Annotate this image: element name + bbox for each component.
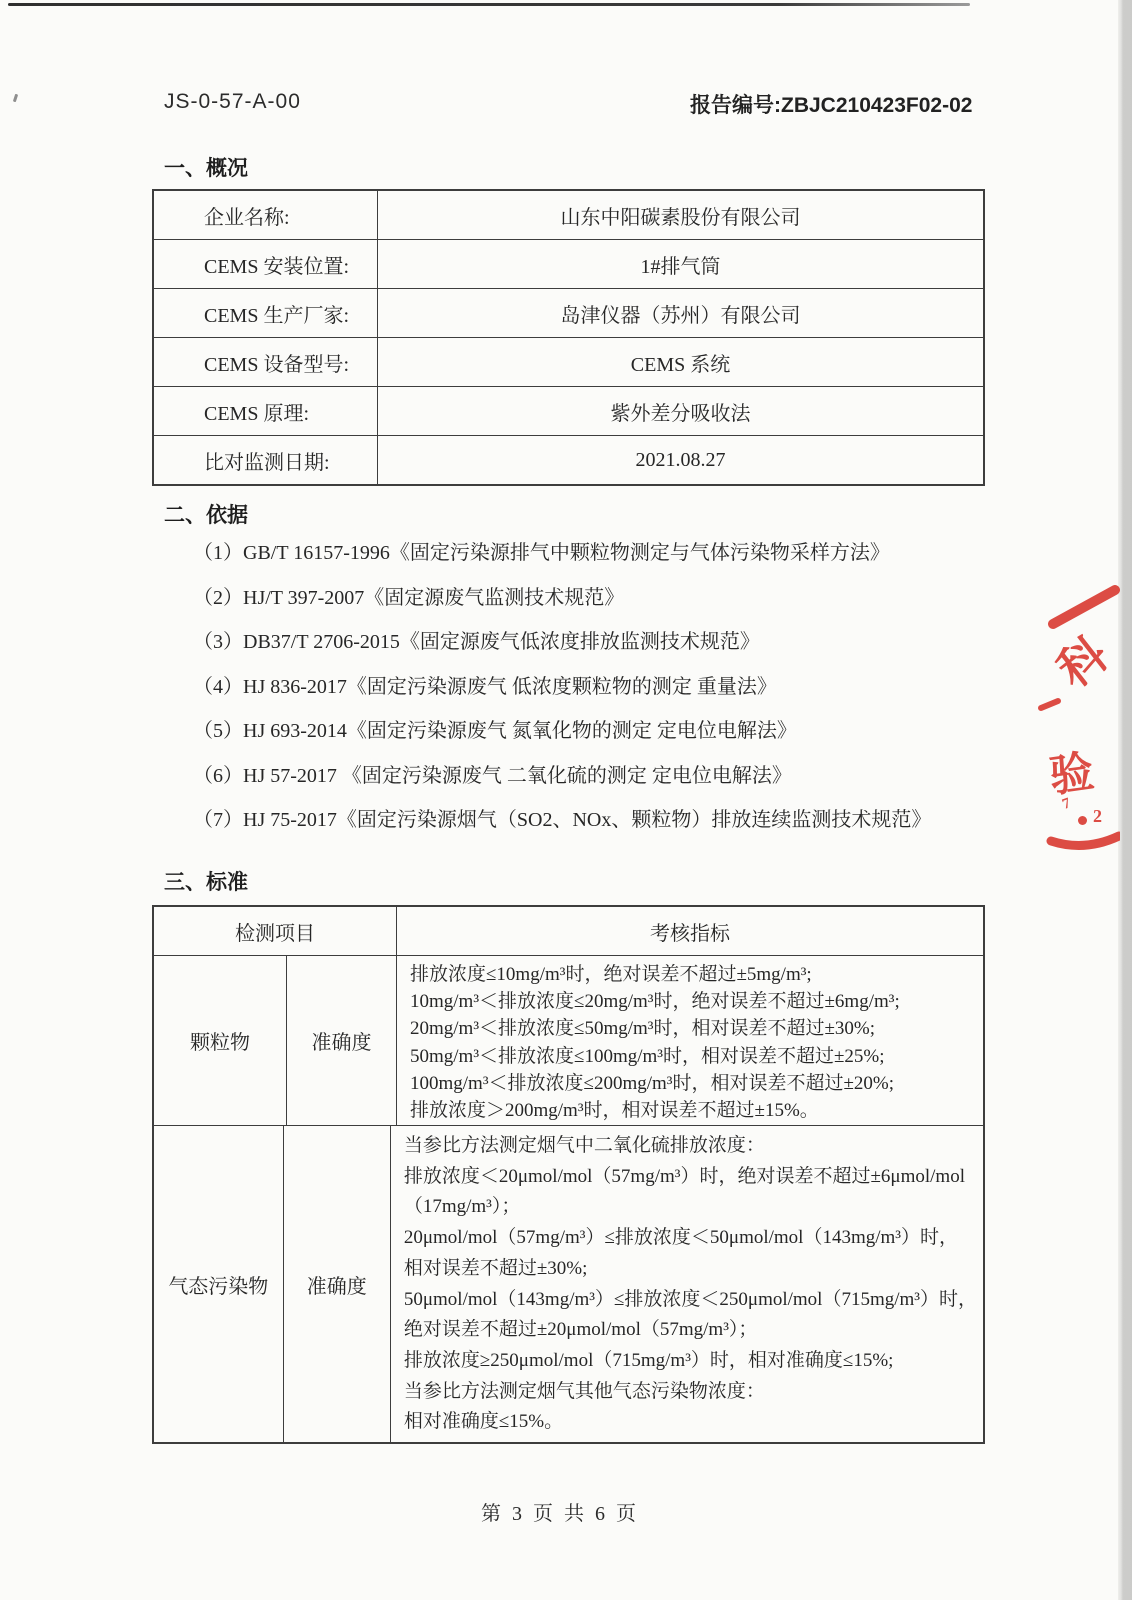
overview-value-principle: 紫外差分吸收法 [378, 387, 983, 435]
standards-table: 检测项目 考核指标 颗粒物 准确度 排放浓度≤10mg/m³时，绝对误差不超过±… [152, 905, 985, 1444]
overview-label-manufacturer: CEMS 生产厂家: [154, 289, 378, 337]
overview-value-install-position: 1#排气筒 [378, 240, 983, 288]
criteria-line: 当参比方法测定烟气中二氧化硫排放浓度： [404, 1131, 977, 1162]
criteria-line: 排放浓度≥250μmol/mol（715mg/m³）时，相对准确度≤15%; [404, 1346, 977, 1377]
table-row: CEMS 生产厂家: 岛津仪器（苏州）有限公司 [154, 289, 983, 338]
section1-title: 一、概况 [164, 152, 248, 182]
stamp-digit-right: 2 [1093, 806, 1102, 827]
overview-value-manufacturer: 岛津仪器（苏州）有限公司 [378, 289, 983, 337]
table-row-gaseous: 气态污染物 准确度 当参比方法测定烟气中二氧化硫排放浓度： 排放浓度＜20μmo… [154, 1126, 983, 1442]
overview-label-install-position: CEMS 安装位置: [154, 240, 378, 288]
overview-value-model: CEMS 系统 [378, 338, 983, 386]
page-number: 第 3 页 共 6 页 [0, 1497, 1120, 1526]
list-item: （5）HJ 693-2014《固定污染源废气 氮氧化物的测定 定电位电解法》 [193, 709, 993, 754]
overview-label-monitor-date: 比对监测日期: [154, 436, 378, 484]
criteria-line: 排放浓度＞200mg/m³时，相对误差不超过±15%。 [410, 1097, 977, 1124]
overview-value-monitor-date: 2021.08.27 [378, 436, 983, 484]
overview-table: 企业名称: 山东中阳碳素股份有限公司 CEMS 安装位置: 1#排气筒 CEMS… [152, 189, 985, 486]
criteria-line: 排放浓度≤10mg/m³时，绝对误差不超过±5mg/m³; [410, 961, 977, 988]
criteria-line: （17mg/m³）； [404, 1192, 977, 1223]
stamp-arc-strokes [1025, 578, 1120, 858]
overview-label-company: 企业名称: [154, 191, 378, 239]
criteria-line: 相对误差不超过±30%; [404, 1254, 977, 1285]
criteria-line: 20μmol/mol（57mg/m³）≤排放浓度＜50μmol/mol（143m… [404, 1223, 977, 1254]
stamp-dot [1078, 816, 1087, 825]
test-item-gaseous: 气态污染物 [154, 1126, 284, 1442]
report-number: 报告编号:ZBJC210423F02-02 [690, 89, 972, 119]
table-row: 企业名称: 山东中阳碳素股份有限公司 [154, 191, 983, 240]
reference-list: （1）GB/T 16157-1996《固定污染源排气中颗粒物测定与气体污染物采样… [193, 531, 993, 843]
criteria-line: 50mg/m³＜排放浓度≤100mg/m³时，相对误差不超过±25%; [410, 1043, 977, 1070]
section3-title: 三、标准 [164, 866, 248, 896]
table-row: 比对监测日期: 2021.08.27 [154, 436, 983, 484]
stamp-character-bottom: 验 [1045, 735, 1097, 805]
column-header-test-item: 检测项目 [154, 907, 397, 955]
list-item: （1）GB/T 16157-1996《固定污染源排气中颗粒物测定与气体污染物采样… [193, 531, 993, 576]
list-item: （2）HJ/T 397-2007《固定源废气监测技术规范》 [193, 576, 993, 621]
list-item: （3）DB37/T 2706-2015《固定源废气低浓度排放监测技术规范》 [193, 620, 993, 665]
overview-label-principle: CEMS 原理: [154, 387, 378, 435]
criteria-line: 相对准确度≤15%。 [404, 1407, 977, 1438]
table-row: CEMS 安装位置: 1#排气筒 [154, 240, 983, 289]
criteria-line: 当参比方法测定烟气其他气态污染物浓度： [404, 1377, 977, 1408]
table-header-row: 检测项目 考核指标 [154, 907, 983, 956]
criteria-line: 100mg/m³＜排放浓度≤200mg/m³时，相对误差不超过±20%; [410, 1070, 977, 1097]
criteria-line: 绝对误差不超过±20μmol/mol（57mg/m³）； [404, 1315, 977, 1346]
column-header-assessment-index: 考核指标 [397, 907, 983, 955]
criteria-particulate: 排放浓度≤10mg/m³时，绝对误差不超过±5mg/m³; 10mg/m³＜排放… [397, 956, 983, 1125]
metric-accuracy: 准确度 [284, 1126, 391, 1442]
metric-accuracy: 准确度 [287, 956, 397, 1125]
scan-top-edge-line [8, 3, 970, 6]
table-row: CEMS 原理: 紫外差分吸收法 [154, 387, 983, 436]
table-row: CEMS 设备型号: CEMS 系统 [154, 338, 983, 387]
overview-value-company: 山东中阳碳素股份有限公司 [378, 191, 983, 239]
scan-right-page-edge [1118, 0, 1132, 1600]
criteria-line: 排放浓度＜20μmol/mol（57mg/m³）时，绝对误差不超过±6μmol/… [404, 1162, 977, 1193]
list-item: （6）HJ 57-2017 《固定污染源废气 二氧化硫的测定 定电位电解法》 [193, 754, 993, 799]
test-item-particulate: 颗粒物 [154, 956, 287, 1125]
document-code: JS-0-57-A-00 [164, 90, 301, 114]
list-item: （4）HJ 836-2017《固定污染源废气 低浓度颗粒物的测定 重量法》 [193, 665, 993, 710]
section2-title: 二、依据 [164, 499, 248, 529]
criteria-gaseous: 当参比方法测定烟气中二氧化硫排放浓度： 排放浓度＜20μmol/mol（57mg… [391, 1126, 983, 1442]
list-item: （7）HJ 75-2017《固定污染源烟气（SO2、NOx、颗粒物）排放连续监测… [193, 798, 993, 843]
overview-label-model: CEMS 设备型号: [154, 338, 378, 386]
criteria-line: 10mg/m³＜排放浓度≤20mg/m³时，绝对误差不超过±6mg/m³; [410, 988, 977, 1015]
criteria-line: 50μmol/mol（143mg/m³）≤排放浓度＜250μmol/mol（71… [404, 1285, 977, 1316]
table-row-particulate: 颗粒物 准确度 排放浓度≤10mg/m³时，绝对误差不超过±5mg/m³; 10… [154, 956, 983, 1126]
criteria-line: 20mg/m³＜排放浓度≤50mg/m³时，相对误差不超过±30%; [410, 1015, 977, 1042]
red-stamp-fragment: 科 验 7 2 [1025, 578, 1120, 858]
scanned-report-page: JS-0-57-A-00 报告编号:ZBJC210423F02-02 一、概况 … [0, 0, 1132, 1600]
scan-speck [13, 94, 18, 103]
